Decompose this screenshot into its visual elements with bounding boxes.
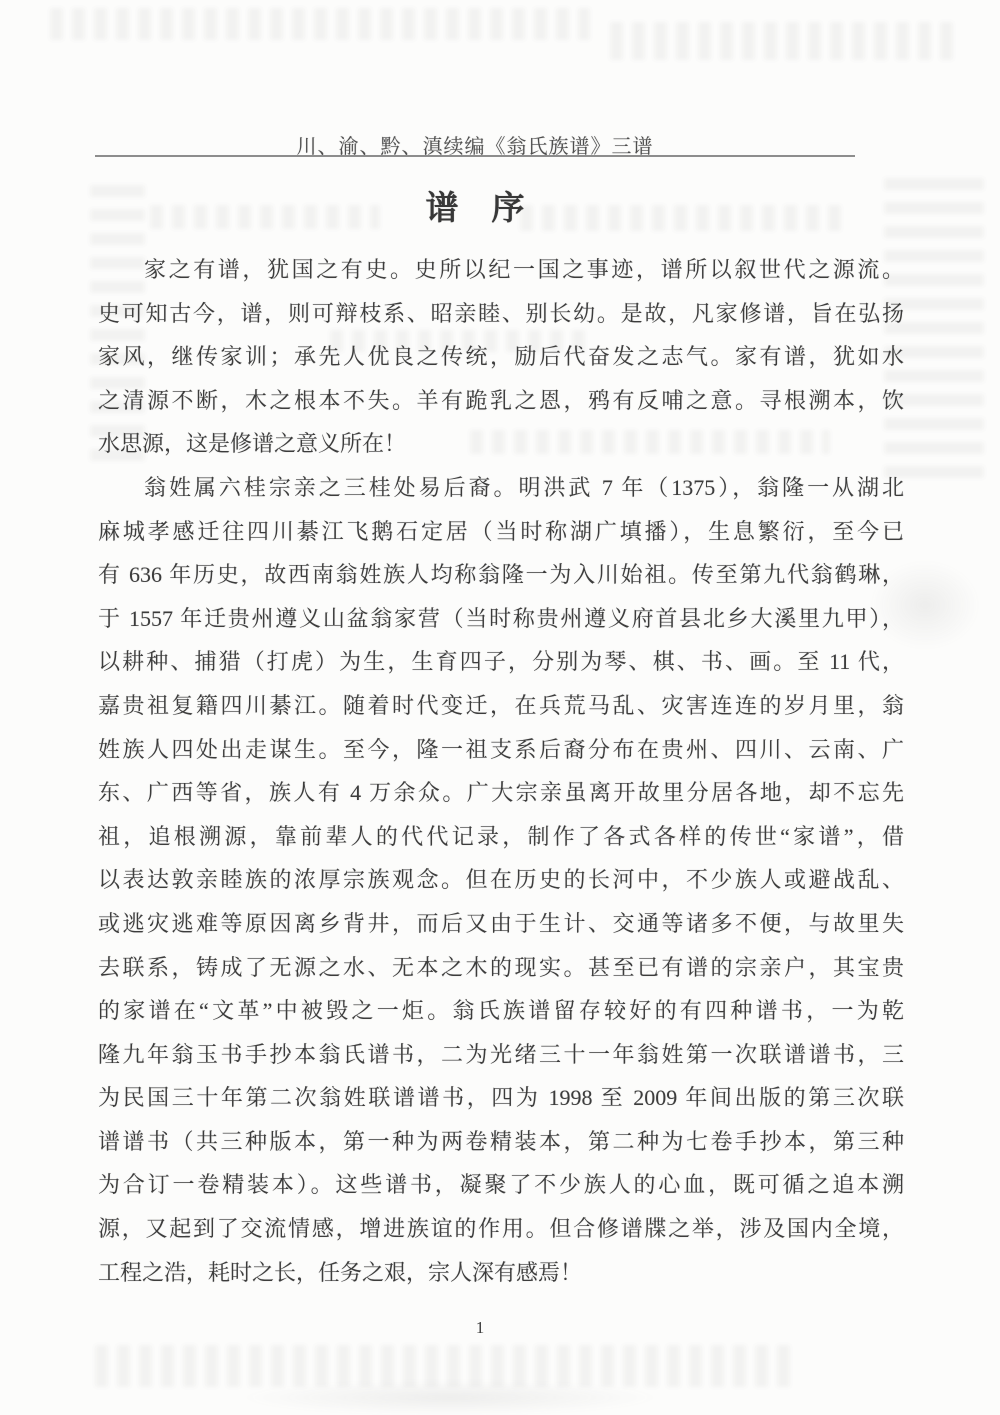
body-text-line: 史可知古今，谱，则可辩枝系、昭亲睦、别长幼。是故，凡家修谱，旨在弘扬 — [98, 292, 904, 336]
body-text-line: 或逃灾逃难等原因离乡背井，而后又由于生计、交通等诸多不便，与故里失 — [98, 902, 904, 946]
bleedthrough-smudge — [240, 1380, 660, 1415]
body-text-line: 祖，追根溯源，靠前辈人的代代记录，制作了各式各样的传世“家谱”，借 — [98, 815, 904, 859]
body-text-line: 有 636 年历史，故西南翁姓族人均称翁隆一为入川始祖。传至第九代翁鹤琳， — [98, 553, 904, 597]
bleedthrough-smudge — [50, 8, 590, 40]
body-text-line: 为民国三十年第二次翁姓联谱谱书，四为 1998 至 2009 年间出版的第三次联 — [98, 1076, 904, 1120]
body-text: 家之有谱，犹国之有史。史所以纪一国之事迹，谱所以叙世代之源流。史可知古今，谱，则… — [98, 248, 904, 1294]
body-text-line: 的家谱在“文革”中被毁之一炬。翁氏族谱留存较好的有四种谱书，一为乾 — [98, 989, 904, 1033]
body-text-line: 以表达敦亲睦族的浓厚宗族观念。但在历史的长河中，不少族人或避战乱、 — [98, 858, 904, 902]
body-text-line: 去联系，铸成了无源之水、无本之木的现实。甚至已有谱的宗亲户，其宝贵 — [98, 946, 904, 990]
body-text-line: 之清源不断，木之根本不失。羊有跪乳之恩，鸦有反哺之意。寻根溯本，饮 — [98, 379, 904, 423]
body-text-line: 为合订一卷精装本）。这些谱书，凝聚了不少族人的心血，既可循之追本溯 — [98, 1163, 904, 1207]
body-text-line: 麻城孝感迁往四川綦江飞鹅石定居（当时称湖广填播），生息繁衍，至今已 — [98, 510, 904, 554]
page-number: 1 — [95, 1318, 865, 1338]
body-text-line: 水思源，这是修谱之意义所在！ — [98, 422, 904, 466]
header-rule — [95, 155, 855, 157]
body-text-line: 姓族人四处出走谋生。至今，隆一祖支系后裔分布在贵州、四川、云南、广 — [98, 728, 904, 772]
body-text-line: 源，又起到了交流情感，增进族谊的作用。但合修谱牒之举，涉及国内全境， — [98, 1207, 904, 1251]
body-text-line: 东、广西等省，族人有 4 万余众。广大宗亲虽离开故里分居各地，却不忘先 — [98, 771, 904, 815]
page-title: 谱 序 — [95, 182, 855, 229]
body-text-line: 嘉贵祖复籍四川綦江。随着时代变迁，在兵荒马乱、灾害连连的岁月里，翁 — [98, 684, 904, 728]
body-text-line: 于 1557 年迁贵州遵义山盆翁家营（当时称贵州遵义府首县北乡大溪里九甲）， — [98, 597, 904, 641]
body-text-line: 工程之浩，耗时之长，任务之艰，宗人深有感焉！ — [98, 1251, 904, 1295]
body-text-line: 翁姓属六桂宗亲之三桂处易后裔。明洪武 7 年（1375），翁隆一从湖北 — [98, 466, 904, 510]
bleedthrough-smudge — [95, 1345, 795, 1387]
body-text-line: 谱谱书（共三种版本，第一种为两卷精装本，第二种为七卷手抄本，第三种 — [98, 1120, 904, 1164]
body-text-line: 隆九年翁玉书手抄本翁氏谱书，二为光绪三十一年翁姓第一次联谱谱书，三 — [98, 1033, 904, 1077]
body-text-line: 家风，继传家训；承先人优良之传统，励后代奋发之志气。家有谱，犹如水 — [98, 335, 904, 379]
body-text-line: 以耕种、捕猎（打虎）为生，生育四子，分别为琴、棋、书、画。至 11 代， — [98, 640, 904, 684]
body-text-line: 家之有谱，犹国之有史。史所以纪一国之事迹，谱所以叙世代之源流。 — [98, 248, 904, 292]
bleedthrough-smudge — [610, 22, 960, 60]
scanned-document-page: 川、渝、黔、滇续编《翁氏族谱》三谱 谱 序 家之有谱，犹国之有史。史所以纪一国之… — [0, 0, 1000, 1415]
